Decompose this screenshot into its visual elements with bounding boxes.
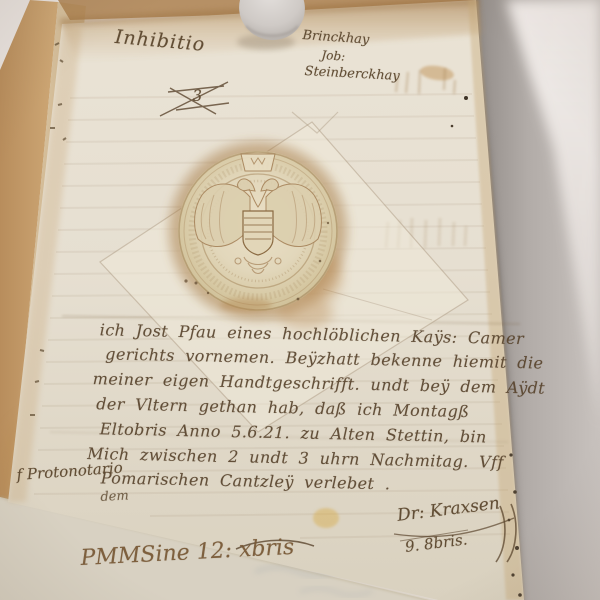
- margin-note-dem: dem: [100, 489, 129, 505]
- folio-mark: 3: [192, 86, 203, 105]
- manuscript-photo: Inhibitio Brinckhay Job: Steinberckhay 3…: [0, 0, 600, 600]
- photo-illustration: [0, 0, 600, 600]
- registry-note-line: Job:: [321, 48, 346, 64]
